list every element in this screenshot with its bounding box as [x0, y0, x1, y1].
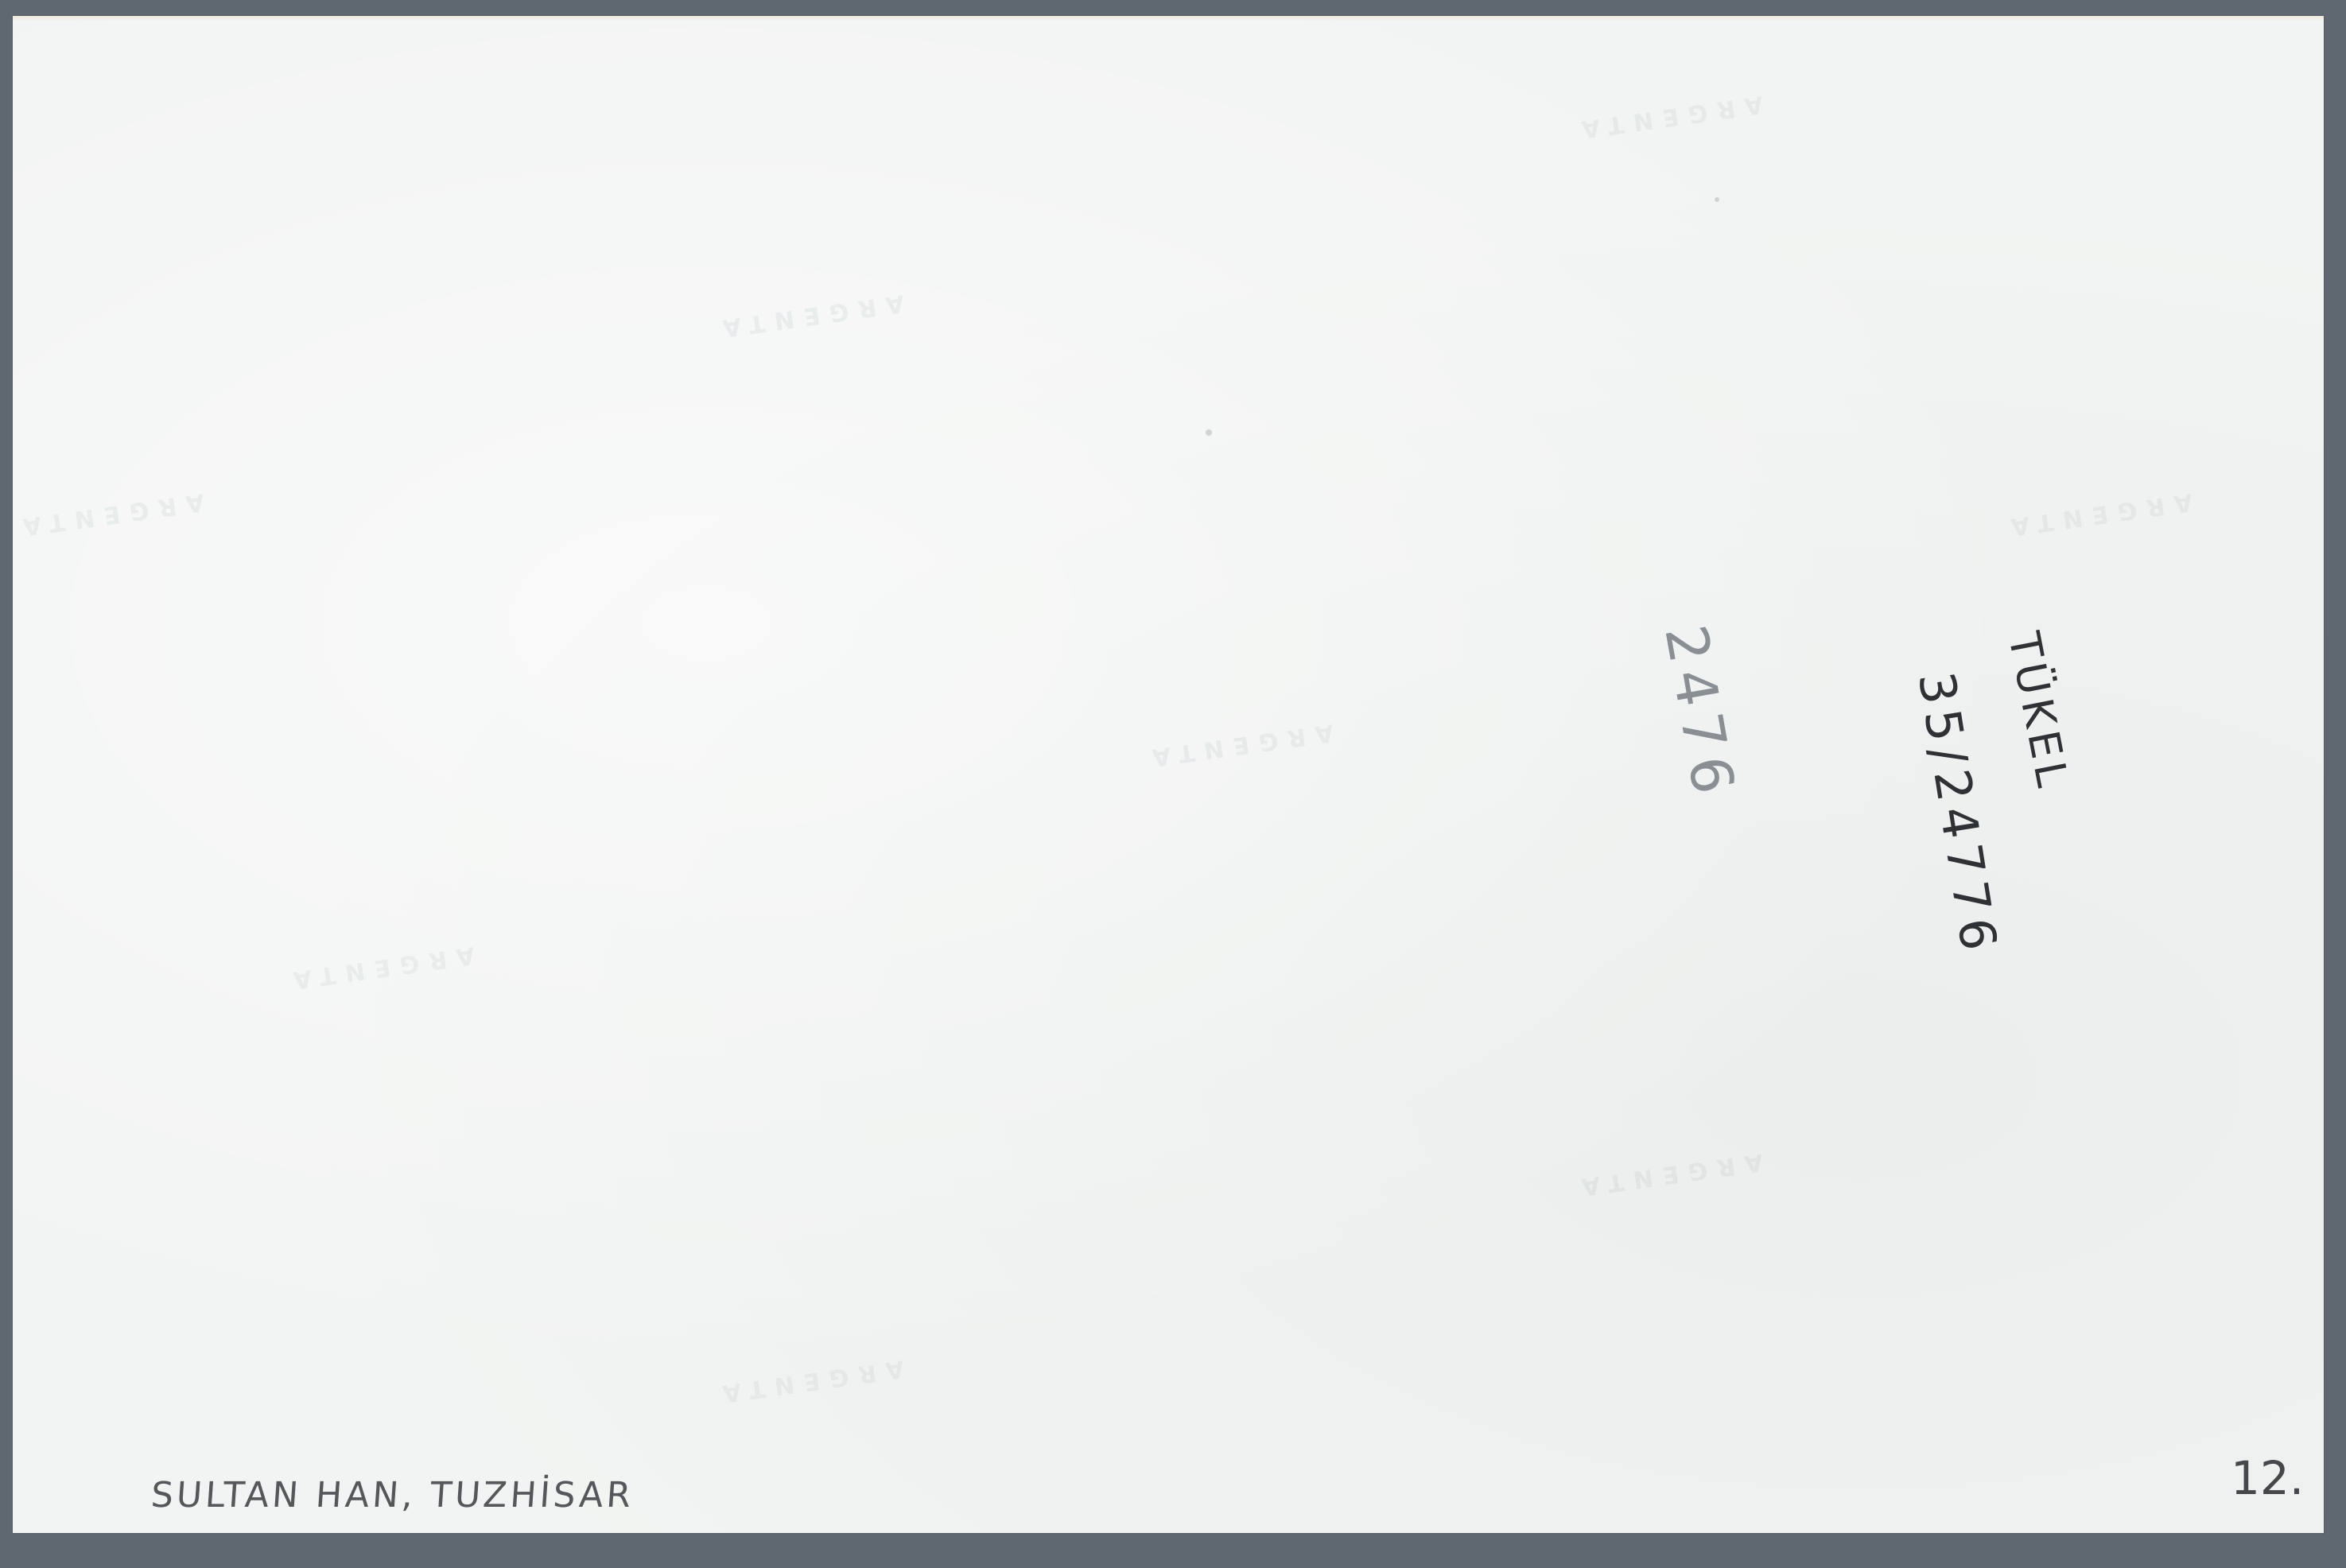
watermark: ARGENTA: [12, 487, 206, 541]
location-caption: SULTAN HAN, TUZHİSAR: [150, 1475, 635, 1516]
photographer-annotation: TÜKEL 35/24776: [1909, 620, 2115, 986]
photographer-name: TÜKEL: [1998, 628, 2078, 795]
paper-edge: [13, 16, 2324, 21]
watermark: ARGENTA: [1571, 1147, 1765, 1201]
watermark: ARGENTA: [712, 289, 906, 343]
watermark: ARGENTA: [1141, 718, 1335, 772]
watermark: ARGENTA: [282, 941, 476, 995]
paper-speck: [1206, 429, 1212, 436]
watermark: ARGENTA: [1571, 90, 1765, 144]
watermark: ARGENTA: [712, 1354, 906, 1408]
paper-speck: [1715, 197, 1719, 202]
watermark: ARGENTA: [2000, 487, 2194, 541]
page-number: 12.: [2231, 1451, 2304, 1505]
negative-number: 35/24776: [1907, 668, 2010, 961]
